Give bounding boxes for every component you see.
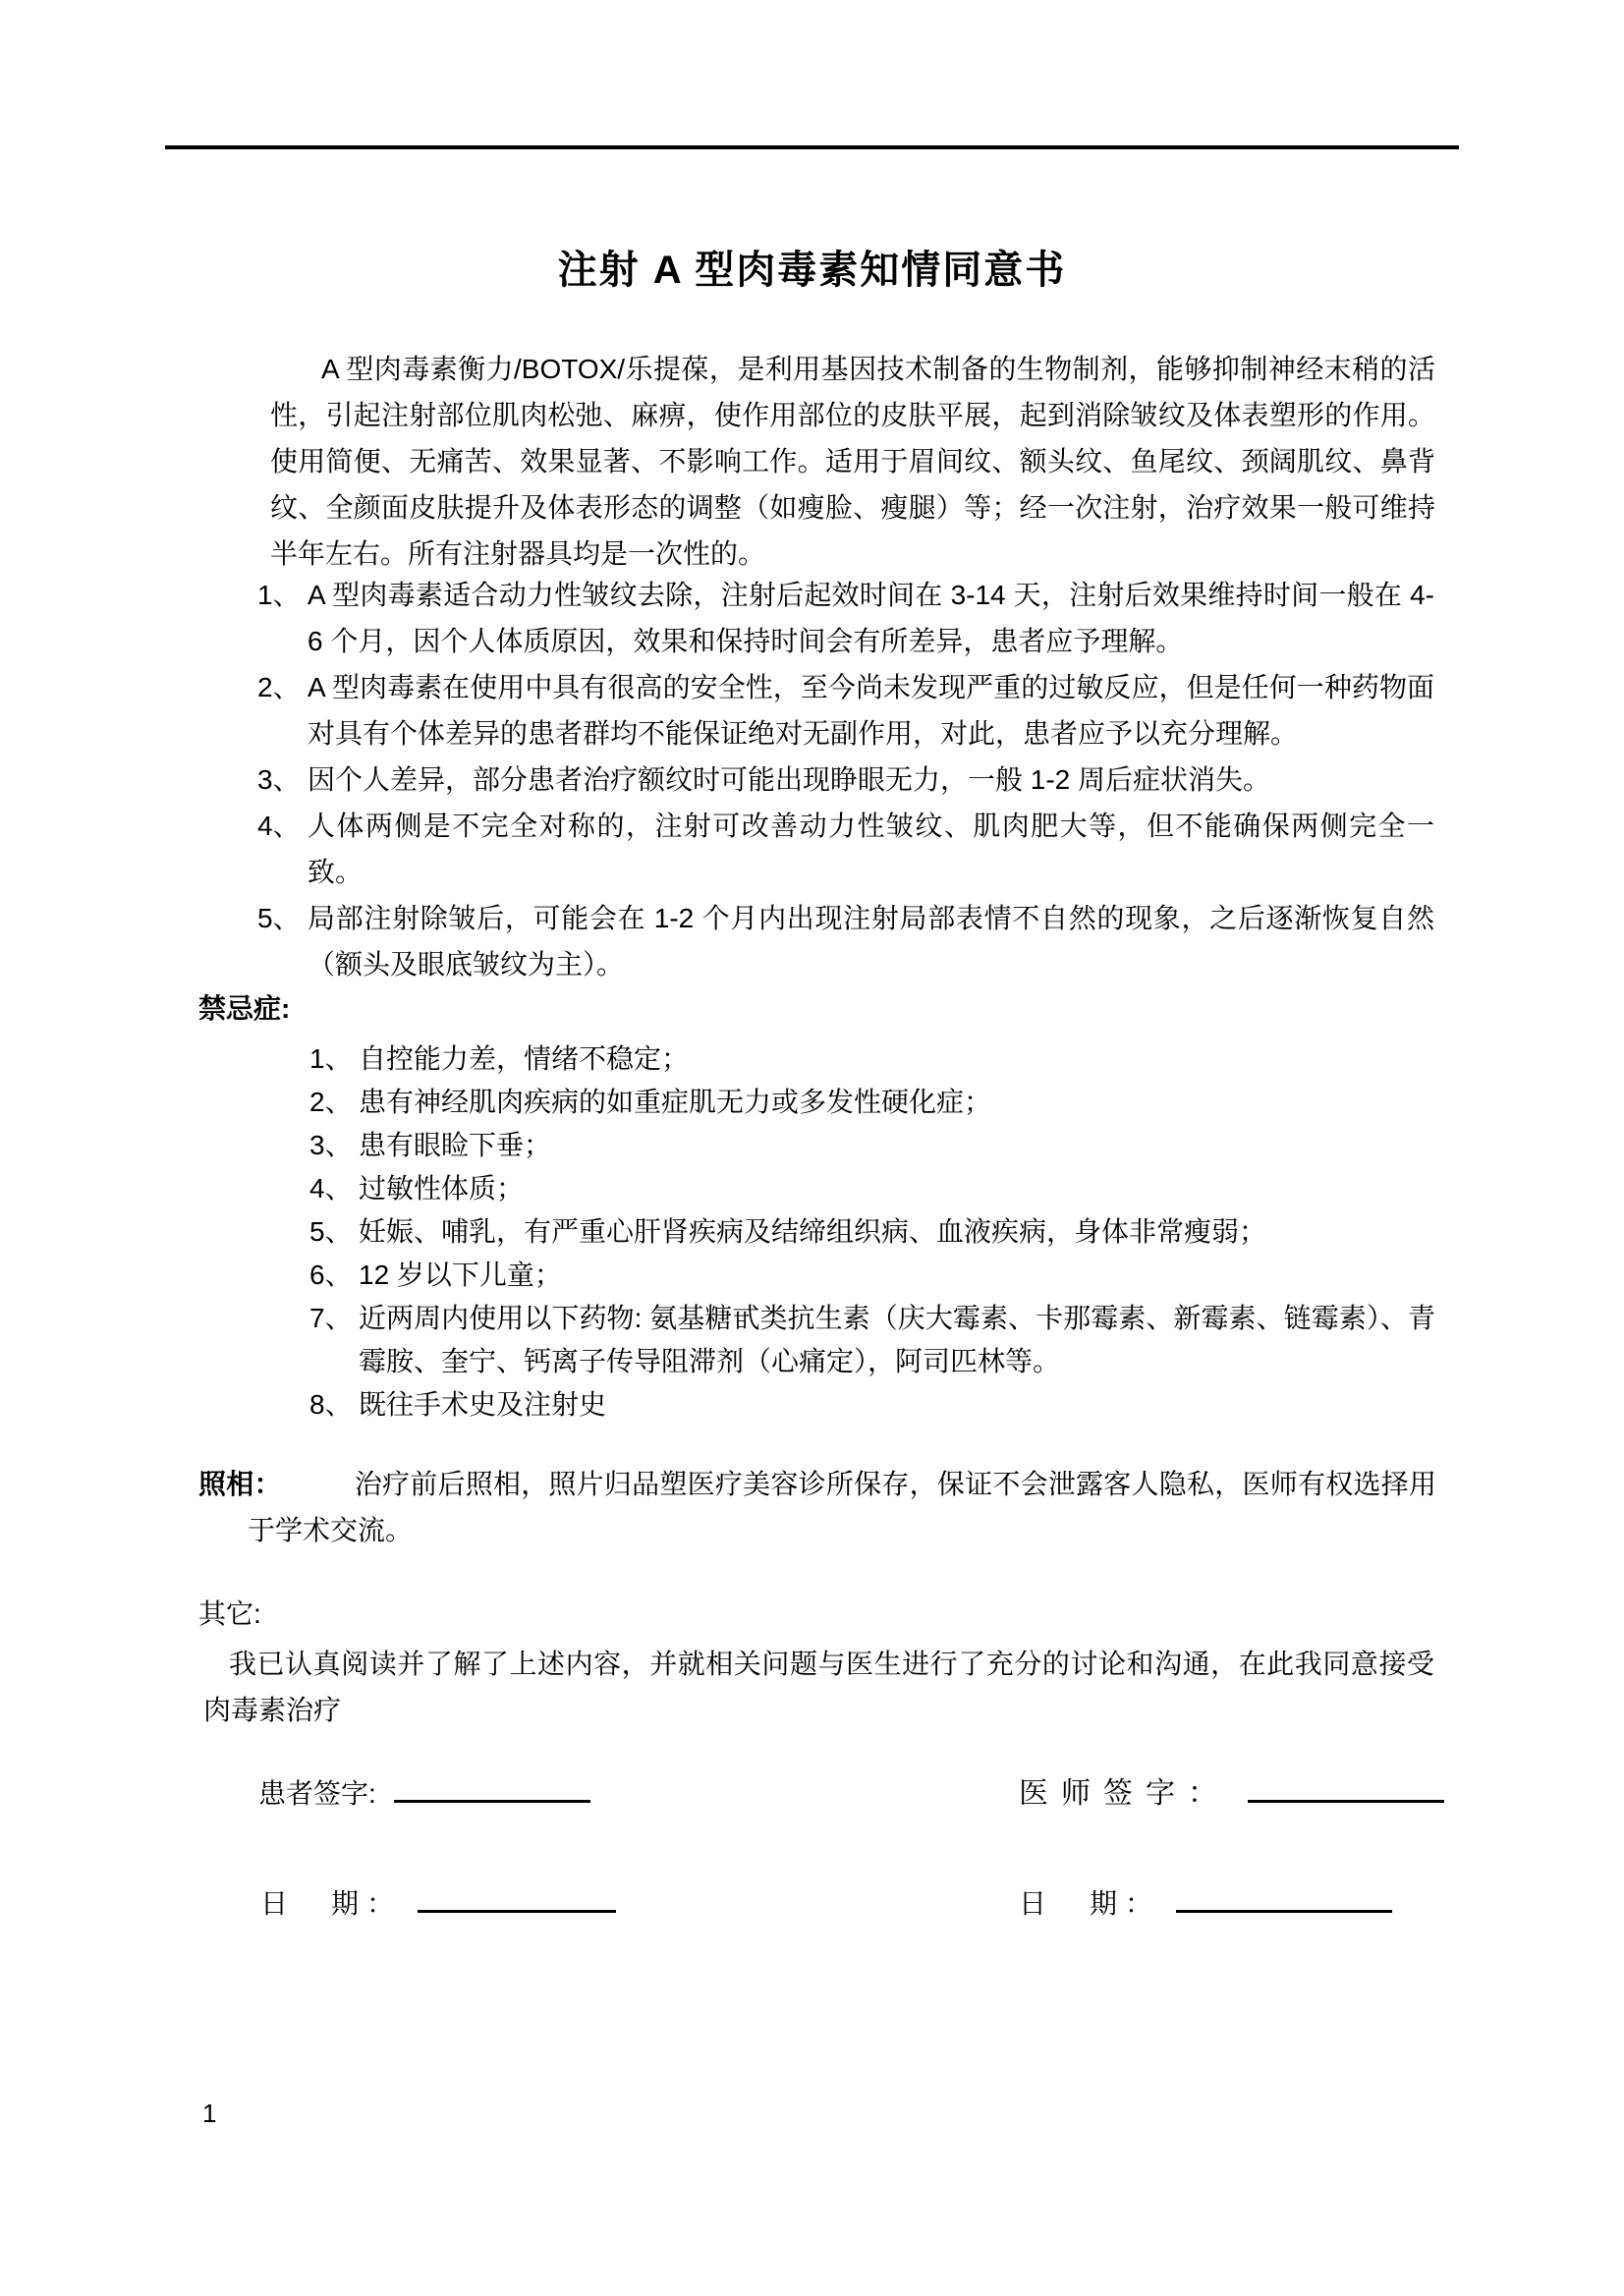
notes-list: 1、 A 型肉毒素适合动力性皱纹去除，注射后起效时间在 3-14 天，注射后效果… [257, 572, 1434, 987]
photo-label: 照相： [198, 1469, 282, 1499]
list-item: 6、 12 岁以下儿童； [309, 1254, 1435, 1297]
photo-text: 治疗前后照相，照片归品塑医疗美容诊所保存，保证不会泄露客人隐私，医师有权选择用于… [248, 1469, 1436, 1545]
list-item-number: 3、 [309, 1124, 359, 1167]
list-item: 5、 妊娠、哺乳，有严重心肝肾疾病及结缔组织病、血液疾病，身体非常瘦弱； [309, 1210, 1435, 1254]
consent-statement: 我已认真阅读并了解了上述内容，并就相关问题与医生进行了充分的讨论和沟通，在此我同… [203, 1641, 1434, 1733]
list-item-text: 患有眼睑下垂； [359, 1124, 1435, 1167]
list-item: 2、 患有神经肌肉疾病的如重症肌无力或多发性硬化症； [309, 1081, 1435, 1124]
list-item-number: 3、 [257, 756, 308, 803]
date-line-right: 日 期： [1019, 1882, 1392, 1922]
list-item-text: 因个人差异，部分患者治疗额纹时可能出现睁眼无力，一般 1-2 周后症状消失。 [308, 756, 1434, 803]
other-section: 其它: 我已认真阅读并了解了上述内容，并就相关问题与医生进行了充分的讨论和沟通，… [198, 1594, 1436, 1733]
doctor-signature-field[interactable] [1248, 1774, 1444, 1803]
list-item: 3、 患有眼睑下垂； [309, 1124, 1435, 1167]
list-item-number: 1、 [309, 1037, 359, 1081]
list-item-text: A 型肉毒素适合动力性皱纹去除，注射后起效时间在 3-14 天，注射后效果维持时… [308, 572, 1434, 664]
list-item-number: 1、 [257, 572, 308, 618]
list-item-number: 7、 [309, 1297, 359, 1340]
doctor-signature-line: 医师签字： [1019, 1768, 1444, 1812]
list-item: 3、 因个人差异，部分患者治疗额纹时可能出现睁眼无力，一般 1-2 周后症状消失… [257, 756, 1434, 803]
list-item-text: 局部注射除皱后，可能会在 1-2 个月内出现注射局部表情不自然的现象，之后逐渐恢… [308, 895, 1434, 987]
list-item-number: 5、 [309, 1210, 359, 1254]
consent-form-page: 注射 A 型肉毒素知情同意书 A 型肉毒素衡力/BOTOX/乐提葆，是利用基因技… [0, 0, 1624, 2296]
list-item-text: 自控能力差，情绪不稳定； [359, 1037, 1435, 1081]
date-row: 日 期： 日 期： [0, 1876, 1624, 1926]
list-item-text: 近两周内使用以下药物: 氨基糖甙类抗生素（庆大霉素、卡那霉素、新霉素、链霉素）、… [359, 1297, 1435, 1383]
list-item-number: 2、 [257, 664, 308, 710]
list-item: 1、 A 型肉毒素适合动力性皱纹去除，注射后起效时间在 3-14 天，注射后效果… [257, 572, 1434, 664]
list-item-number: 2、 [309, 1081, 359, 1124]
list-item: 4、 过敏性体质； [309, 1167, 1435, 1210]
photo-section: 照相：治疗前后照相，照片归品塑医疗美容诊所保存，保证不会泄露客人隐私，医师有权选… [198, 1461, 1436, 1553]
date-line-left: 日 期： [260, 1882, 616, 1922]
list-item-text: 患有神经肌肉疾病的如重症肌无力或多发性硬化症； [359, 1081, 1435, 1124]
contraindications-list: 1、 自控能力差，情绪不稳定； 2、 患有神经肌肉疾病的如重症肌无力或多发性硬化… [309, 1037, 1435, 1427]
other-label: 其它: [198, 1594, 1436, 1635]
list-item-text: A 型肉毒素在使用中具有很高的安全性，至今尚未发现严重的过敏反应，但是任何一种药… [308, 664, 1434, 756]
list-item: 7、 近两周内使用以下药物: 氨基糖甙类抗生素（庆大霉素、卡那霉素、新霉素、链霉… [309, 1297, 1435, 1383]
page-number: 1 [202, 2099, 216, 2129]
doctor-signature-label: 医师签字： [1019, 1777, 1230, 1810]
list-item-number: 8、 [309, 1383, 359, 1427]
list-item-text: 人体两侧是不完全对称的，注射可改善动力性皱纹、肌肉肥大等，但不能确保两侧完全一致… [308, 803, 1434, 895]
list-item-text: 过敏性体质； [359, 1167, 1435, 1210]
page-title: 注射 A 型肉毒素知情同意书 [0, 239, 1624, 295]
patient-signature-line: 患者签字: [258, 1772, 590, 1812]
list-item-text: 妊娠、哺乳，有严重心肝肾疾病及结缔组织病、血液疾病，身体非常瘦弱； [359, 1210, 1435, 1254]
list-item: 4、 人体两侧是不完全对称的，注射可改善动力性皱纹、肌肉肥大等，但不能确保两侧完… [257, 803, 1434, 895]
list-item-text: 既往手术史及注射史 [359, 1383, 1435, 1427]
patient-signature-label: 患者签字: [258, 1778, 376, 1809]
doctor-date-label: 日 期： [1019, 1888, 1160, 1919]
patient-date-field[interactable] [418, 1884, 616, 1913]
list-item: 2、 A 型肉毒素在使用中具有很高的安全性，至今尚未发现严重的过敏反应，但是任何… [257, 664, 1434, 756]
contraindications-heading: 禁忌症: [198, 987, 290, 1027]
list-item-number: 6、 [309, 1254, 359, 1297]
signature-row: 患者签字: 医师签字： [0, 1766, 1624, 1816]
list-item-number: 4、 [257, 803, 308, 849]
list-item: 8、 既往手术史及注射史 [309, 1383, 1435, 1427]
patient-signature-field[interactable] [394, 1774, 590, 1803]
patient-date-label: 日 期： [260, 1888, 402, 1919]
list-item: 5、 局部注射除皱后，可能会在 1-2 个月内出现注射局部表情不自然的现象，之后… [257, 895, 1434, 987]
intro-paragraph: A 型肉毒素衡力/BOTOX/乐提葆，是利用基因技术制备的生物制剂，能够抑制神经… [270, 346, 1435, 577]
list-item-number: 5、 [257, 895, 308, 941]
list-item-number: 4、 [309, 1167, 359, 1210]
list-item-text: 12 岁以下儿童； [359, 1254, 1435, 1297]
doctor-date-field[interactable] [1176, 1884, 1392, 1913]
header-rule [165, 145, 1459, 149]
list-item: 1、 自控能力差，情绪不稳定； [309, 1037, 1435, 1081]
